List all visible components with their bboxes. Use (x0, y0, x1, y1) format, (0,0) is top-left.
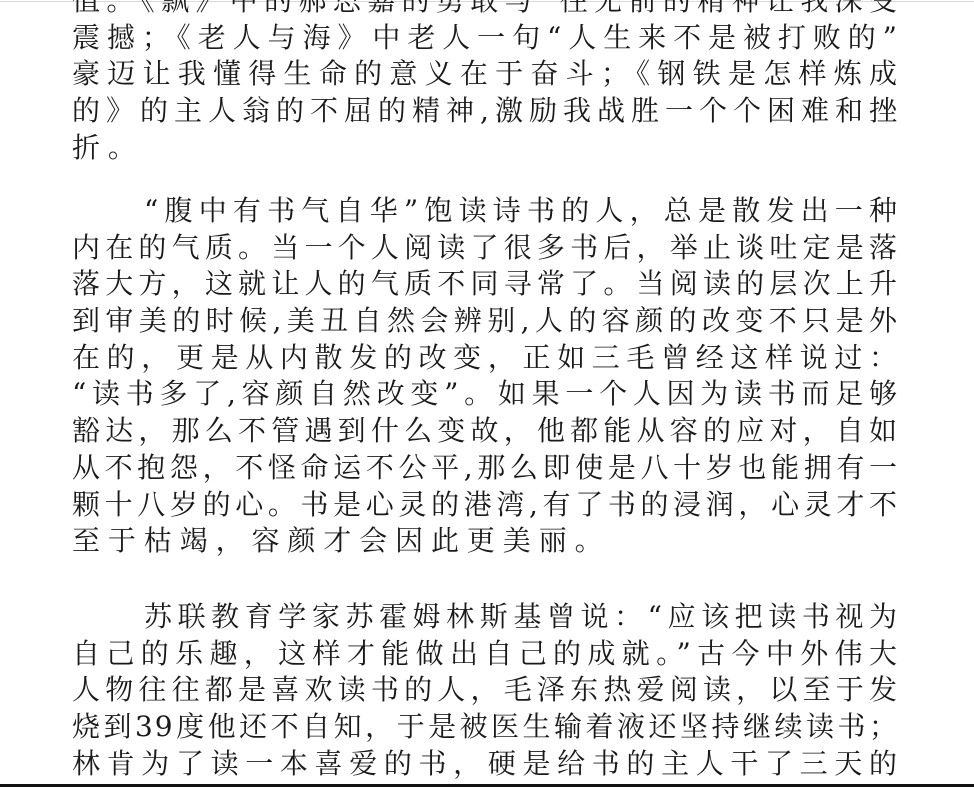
paragraph-reading-works: 值。《飘》中的郝思嘉的勇敢与“往无前的精神让我深受 震撼；《老人与海》中老人一句… (72, 0, 899, 166)
text-line: 自己的乐趣，这样才能做出自己的成就。”古今中外伟大 (72, 636, 899, 673)
text-line: 林肯为了读一本喜爱的书，硬是给书的主人干了三天的 (72, 746, 899, 783)
text-line: 折。 (72, 130, 899, 167)
text-line: “读书多了,容颜自然改变”。如果一个人因为读书而足够 (72, 376, 899, 413)
text-line: 的》的主人翁的不屈的精神,激励我战胜一个个困难和挫 (72, 93, 899, 130)
text-line: 内在的气质。当一个人阅读了很多书后，举止谈吐定是落 (72, 230, 899, 267)
text-line: 震撼；《老人与海》中老人一句“人生来不是被打败的” (72, 20, 899, 57)
text-line: 值。《飘》中的郝思嘉的勇敢与“往无前的精神让我深受 (72, 0, 899, 20)
document-page: 值。《飘》中的郝思嘉的勇敢与“往无前的精神让我深受 震撼；《老人与海》中老人一句… (0, 0, 974, 784)
text-line: 落大方，这就让人的气质不同寻常了。当阅读的层次上升 (72, 266, 899, 303)
text-line: 在的，更是从内散发的改变，正如三毛曾经这样说过： (72, 340, 899, 377)
text-line: 颗十八岁的心。书是心灵的港湾,有了书的浸润，心灵才不 (72, 487, 899, 524)
text-line: 豁达，那么不管遇到什么变故，他都能从容的应对，自如 (72, 413, 899, 450)
text-line: 从不抱怨，不怪命运不公平,那么即使是八十岁也能拥有一 (72, 450, 899, 487)
text-line: 人物往往都是喜欢读书的人，毛泽东热爱阅读，以至于发 (72, 672, 899, 709)
text-line: 至于枯竭，容颜才会因此更美丽。 (72, 523, 899, 560)
text-line: 豪迈让我懂得生命的意义在于奋斗；《钢铁是怎样炼成 (72, 56, 899, 93)
paragraph-temperament: “腹中有书气自华”饱读诗书的人，总是散发出一种 内在的气质。当一个人阅读了很多书… (72, 193, 899, 560)
text-line: 到审美的时候,美丑自然会辨别,人的容颜的改变不只是外 (72, 303, 899, 340)
paragraph-great-readers: 苏联教育学家苏霍姆林斯基曾说：“应该把读书视为 自己的乐趣，这样才能做出自己的成… (72, 599, 899, 782)
text-line: 烧到39度他还不自知，于是被医生输着液还坚持继续读书； (72, 709, 899, 746)
text-line: 苏联教育学家苏霍姆林斯基曾说：“应该把读书视为 (72, 599, 899, 636)
text-line: “腹中有书气自华”饱读诗书的人，总是散发出一种 (72, 193, 899, 230)
